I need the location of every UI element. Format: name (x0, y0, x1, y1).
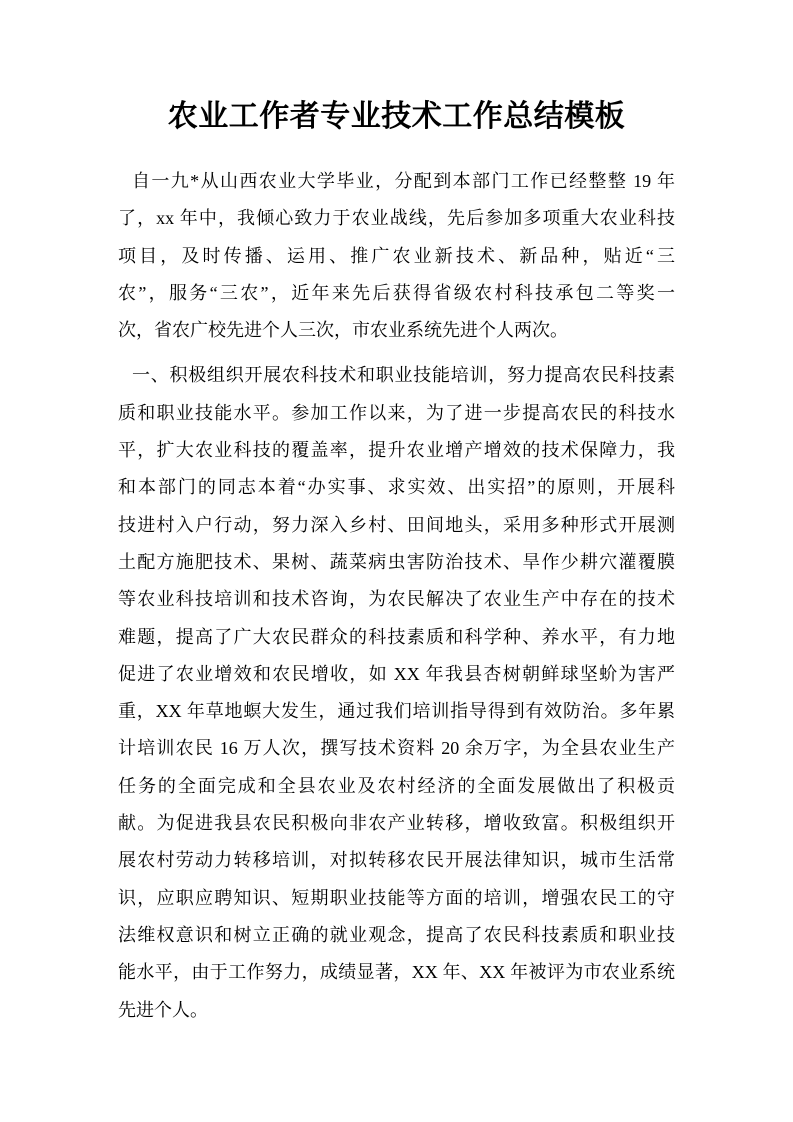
document-page: 农业工作者专业技术工作总结模板 自一九*从山西农业大学毕业，分配到本部门工作已经… (0, 0, 793, 1122)
text-line: 了，xx 年中，我倾心致力于农业战线，先后参加多项重大农业科技 (118, 200, 675, 237)
text-line: 平，扩大农业科技的覆盖率，提升农业增产增效的技术保障力，我 (118, 432, 675, 469)
paragraph-section-one: 一、积极组织开展农科技术和职业技能培训，努力提高农民科技素质和职业技能水平。参加… (118, 357, 675, 1028)
text-line: 计培训农民 16 万人次，撰写技术资料 20 余万字，为全县农业生产 (118, 730, 675, 767)
text-line: 识，应职应聘知识、短期职业技能等方面的培训，增强农民工的守 (118, 880, 675, 917)
paragraph-intro: 自一九*从山西农业大学毕业，分配到本部门工作已经整整 19 年了，xx 年中，我… (118, 163, 675, 349)
text-line: 和本部门的同志本着“办实事、求实效、出实招”的原则，开展科 (118, 469, 675, 506)
text-line: 任务的全面完成和全县农业及农村经济的全面发展做出了积极贡 (118, 768, 675, 805)
text-line: 项目，及时传播、运用、推广农业新技术、新品种，贴近“三 (118, 238, 675, 275)
text-line: 能水平，由于工作努力，成绩显著，XX 年、XX 年被评为市农业系统 (118, 954, 675, 991)
text-line: 次，省农广校先进个人三次，市农业系统先进个人两次。 (118, 312, 675, 349)
text-line: 重，XX 年草地螟大发生，通过我们培训指导得到有效防治。多年累 (118, 693, 675, 730)
text-line: 农”，服务“三农”，近年来先后获得省级农村科技承包二等奖一 (118, 275, 675, 312)
text-line: 质和职业技能水平。参加工作以来，为了进一步提高农民的科技水 (118, 395, 675, 432)
text-line: 等农业科技培训和技术咨询，为农民解决了农业生产中存在的技术 (118, 581, 675, 618)
text-line: 难题，提高了广大农民群众的科技素质和科学种、养水平，有力地 (118, 619, 675, 656)
text-line: 技进村入户行动，努力深入乡村、田间地头，采用多种形式开展测 (118, 507, 675, 544)
text-line: 献。为促进我县农民积极向非农产业转移，增收致富。积极组织开 (118, 805, 675, 842)
text-line: 法维权意识和树立正确的就业观念，提高了农民科技素质和职业技 (118, 917, 675, 954)
text-line: 促进了农业增效和农民增收，如 XX 年我县杏树朝鲜球坚蚧为害严 (118, 656, 675, 693)
document-body: 自一九*从山西农业大学毕业，分配到本部门工作已经整整 19 年了，xx 年中，我… (118, 163, 675, 1029)
text-line: 展农村劳动力转移培训，对拟转移农民开展法律知识，城市生活常 (118, 842, 675, 879)
text-line: 先进个人。 (118, 992, 675, 1029)
text-line: 土配方施肥技术、果树、蔬菜病虫害防治技术、旱作少耕穴灌覆膜 (118, 544, 675, 581)
text-line: 自一九*从山西农业大学毕业，分配到本部门工作已经整整 19 年 (118, 163, 675, 200)
text-line: 一、积极组织开展农科技术和职业技能培训，努力提高农民科技素 (118, 357, 675, 394)
document-title: 农业工作者专业技术工作总结模板 (60, 97, 733, 137)
